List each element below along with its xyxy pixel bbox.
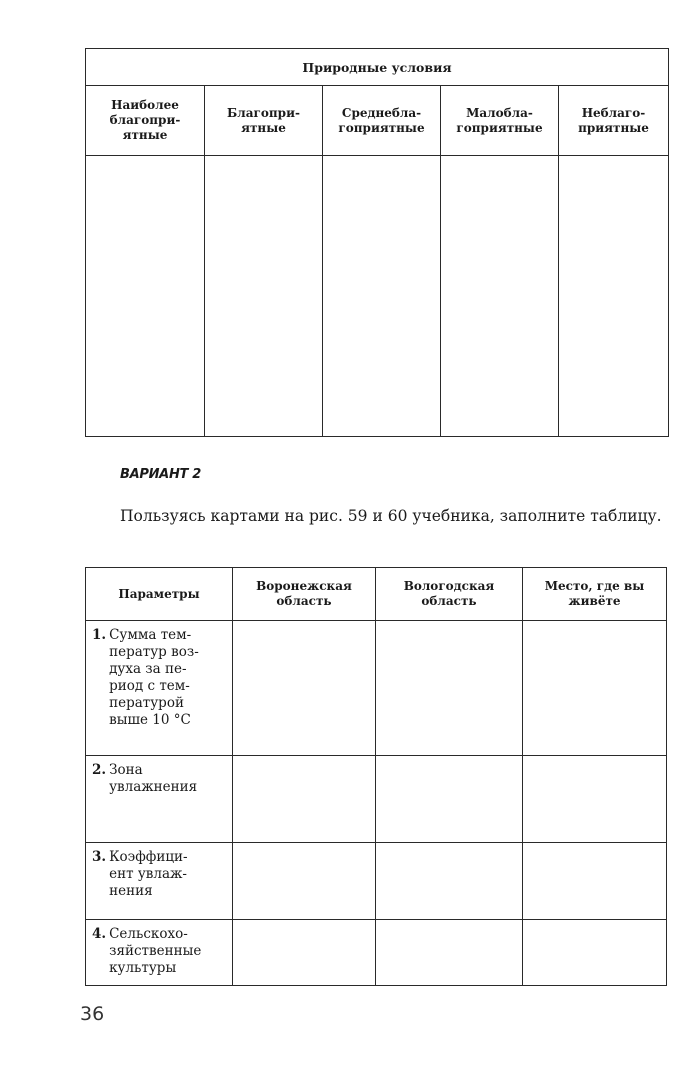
answer-cell[interactable] bbox=[233, 621, 376, 756]
header-voronezh: Воронежская область bbox=[233, 568, 376, 621]
variant-heading: ВАРИАНТ 2 bbox=[120, 467, 201, 482]
answer-cell[interactable] bbox=[205, 156, 322, 437]
param-temperature-sum: 1. Сумма тем- ператур воз- духа за пе- р… bbox=[86, 621, 233, 756]
header-your-place: Место, где вы живёте bbox=[523, 568, 666, 621]
param-moisture-coefficient: 3. Коэффици- ент увлаж- нения bbox=[86, 843, 233, 920]
answer-cell[interactable] bbox=[523, 621, 666, 756]
answer-cell[interactable] bbox=[376, 756, 523, 843]
answer-cell[interactable] bbox=[323, 156, 440, 437]
param-moisture-zone: 2. Зона увлажнения bbox=[86, 756, 233, 843]
column-header: Неблаго- приятные bbox=[559, 86, 668, 156]
column-header: Среднебла- гоприятные bbox=[323, 86, 440, 156]
instruction-text: Пользуясь картами на рис. 59 и 60 учебни… bbox=[86, 506, 676, 527]
param-number: 2. bbox=[92, 762, 106, 838]
column-favorable: Благопри- ятные bbox=[205, 86, 323, 437]
table-caption: Природные условия bbox=[86, 49, 668, 86]
column-header: Наиболее благопри- ятные bbox=[86, 86, 204, 156]
param-label: Зона увлажнения bbox=[109, 762, 197, 838]
column-header: Малобла- гоприятные bbox=[441, 86, 558, 156]
param-crops: 4. Сельскохо- зяйственные культуры bbox=[86, 920, 233, 985]
answer-cell[interactable] bbox=[86, 156, 204, 437]
answer-cell[interactable] bbox=[376, 920, 523, 985]
natural-conditions-table: Природные условия Наиболее благопри- ятн… bbox=[85, 48, 669, 437]
answer-cell[interactable] bbox=[523, 843, 666, 920]
answer-cell[interactable] bbox=[233, 843, 376, 920]
param-number: 3. bbox=[92, 849, 106, 915]
column-unfavorable: Неблаго- приятные bbox=[559, 86, 668, 437]
column-most-favorable: Наиболее благопри- ятные bbox=[86, 86, 205, 437]
param-number: 4. bbox=[92, 926, 106, 981]
page-number: 36 bbox=[80, 1003, 104, 1025]
header-parameters: Параметры bbox=[86, 568, 233, 621]
param-label: Коэффици- ент увлаж- нения bbox=[109, 849, 188, 915]
answer-cell[interactable] bbox=[376, 843, 523, 920]
param-label: Сумма тем- ператур воз- духа за пе- риод… bbox=[109, 627, 199, 751]
answer-cell[interactable] bbox=[233, 920, 376, 985]
answer-cell[interactable] bbox=[523, 920, 666, 985]
answer-cell[interactable] bbox=[233, 756, 376, 843]
column-medium-favorable: Среднебла- гоприятные bbox=[323, 86, 441, 437]
param-label: Сельскохо- зяйственные культуры bbox=[109, 926, 201, 981]
answer-cell[interactable] bbox=[441, 156, 558, 437]
param-number: 1. bbox=[92, 627, 106, 751]
parameters-table: Параметры Воронежская область Вологодска… bbox=[85, 567, 667, 986]
column-header: Благопри- ятные bbox=[205, 86, 322, 156]
answer-cell[interactable] bbox=[523, 756, 666, 843]
header-vologda: Вологодская область bbox=[376, 568, 523, 621]
answer-cell[interactable] bbox=[559, 156, 668, 437]
column-low-favorable: Малобла- гоприятные bbox=[441, 86, 559, 437]
answer-cell[interactable] bbox=[376, 621, 523, 756]
